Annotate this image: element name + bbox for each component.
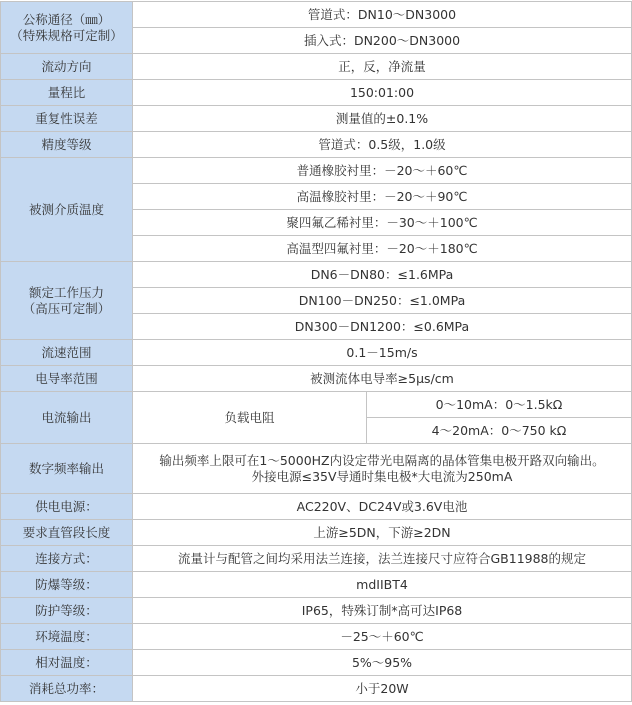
table-row: 相对温度： 5%～95%	[1, 650, 632, 676]
current-output-value: 0～10mA：0～1.5kΩ	[367, 392, 632, 418]
table-row: 消耗总功率： 小于20W	[1, 676, 632, 702]
medium-temperature-value: 聚四氟乙稀衬里：－30～＋100℃	[133, 210, 632, 236]
table-row: 流动方向 正，反，净流量	[1, 54, 632, 80]
label-line: 额定工作压力	[3, 285, 130, 301]
rated-pressure-value: DN6－DN80：≤1.6MPa	[133, 262, 632, 288]
frequency-output-line: 外接电源≤35V导通时集电极*大电流为250mA	[135, 469, 629, 485]
table-row: 连接方式： 流量计与配管之间均采用法兰连接，法兰连接尺寸应符合GB11988的规…	[1, 546, 632, 572]
table-row: 供电电源： AC220V、DC24V或3.6V电池	[1, 494, 632, 520]
frequency-output-line: 输出频率上限可在1～5000HZ内设定带光电隔离的晶体管集电极开路双向输出。	[135, 453, 629, 469]
rated-pressure-label: 额定工作压力 （高压可定制）	[1, 262, 133, 340]
connection-label: 连接方式：	[1, 546, 133, 572]
medium-temperature-value: 普通橡胶衬里：－20～＋60℃	[133, 158, 632, 184]
medium-temperature-value: 高温型四氟衬里：－20～＋180℃	[133, 236, 632, 262]
table-row: 流速范围 0.1－15m/s	[1, 340, 632, 366]
frequency-output-value: 输出频率上限可在1～5000HZ内设定带光电隔离的晶体管集电极开路双向输出。 外…	[133, 444, 632, 494]
ambient-temperature-label: 环境温度：	[1, 624, 133, 650]
table-row: 电导率范围 被测流体电导率≥5μs/cm	[1, 366, 632, 392]
power-consumption-value: 小于20W	[133, 676, 632, 702]
relative-humidity-value: 5%～95%	[133, 650, 632, 676]
frequency-output-label: 数字频率输出	[1, 444, 133, 494]
rated-pressure-value: DN300－DN1200：≤0.6MPa	[133, 314, 632, 340]
protection-label: 防护等级：	[1, 598, 133, 624]
straight-pipe-value: 上游≥5DN，下游≥2DN	[133, 520, 632, 546]
table-row: 要求直管段长度 上游≥5DN，下游≥2DN	[1, 520, 632, 546]
nominal-diameter-value: 管道式：DN10～DN3000	[133, 2, 632, 28]
nominal-diameter-value: 插入式：DN200～DN3000	[133, 28, 632, 54]
table-row: 精度等级 管道式：0.5级，1.0级	[1, 132, 632, 158]
label-line: （特殊规格可定制）	[3, 28, 130, 44]
power-consumption-label: 消耗总功率：	[1, 676, 133, 702]
straight-pipe-label: 要求直管段长度	[1, 520, 133, 546]
table-row: 防爆等级： mdIIBT4	[1, 572, 632, 598]
velocity-range-label: 流速范围	[1, 340, 133, 366]
repeatability-value: 测量值的±0.1%	[133, 106, 632, 132]
repeatability-label: 重复性误差	[1, 106, 133, 132]
spec-table: 公称通径（㎜） （特殊规格可定制） 管道式：DN10～DN3000 插入式：DN…	[0, 1, 632, 702]
label-line: （高压可定制）	[3, 301, 130, 317]
flow-direction-label: 流动方向	[1, 54, 133, 80]
table-row: 防护等级： IP65，特殊订制*高可达IP68	[1, 598, 632, 624]
ambient-temperature-value: －25～＋60℃	[133, 624, 632, 650]
table-row: 额定工作压力 （高压可定制） DN6－DN80：≤1.6MPa	[1, 262, 632, 288]
medium-temperature-label: 被测介质温度	[1, 158, 133, 262]
rated-pressure-value: DN100－DN250：≤1.0MPa	[133, 288, 632, 314]
medium-temperature-value: 高温橡胶衬里：－20～＋90℃	[133, 184, 632, 210]
table-row: 量程比 150:01:00	[1, 80, 632, 106]
power-supply-value: AC220V、DC24V或3.6V电池	[133, 494, 632, 520]
label-line: 公称通径（㎜）	[3, 12, 130, 28]
power-supply-label: 供电电源：	[1, 494, 133, 520]
flow-direction-value: 正，反，净流量	[133, 54, 632, 80]
table-row: 重复性误差 测量值的±0.1%	[1, 106, 632, 132]
table-row: 被测介质温度 普通橡胶衬里：－20～＋60℃	[1, 158, 632, 184]
protection-value: IP65，特殊订制*高可达IP68	[133, 598, 632, 624]
explosion-proof-value: mdIIBT4	[133, 572, 632, 598]
relative-humidity-label: 相对温度：	[1, 650, 133, 676]
nominal-diameter-label: 公称通径（㎜） （特殊规格可定制）	[1, 2, 133, 54]
table-row: 数字频率输出 输出频率上限可在1～5000HZ内设定带光电隔离的晶体管集电极开路…	[1, 444, 632, 494]
conductivity-value: 被测流体电导率≥5μs/cm	[133, 366, 632, 392]
table-row: 环境温度： －25～＋60℃	[1, 624, 632, 650]
load-resistance-label: 负载电阻	[133, 392, 367, 444]
range-ratio-label: 量程比	[1, 80, 133, 106]
accuracy-label: 精度等级	[1, 132, 133, 158]
table-row: 电流输出 负载电阻 0～10mA：0～1.5kΩ	[1, 392, 632, 418]
range-ratio-value: 150:01:00	[133, 80, 632, 106]
table-row: 公称通径（㎜） （特殊规格可定制） 管道式：DN10～DN3000	[1, 2, 632, 28]
explosion-proof-label: 防爆等级：	[1, 572, 133, 598]
velocity-range-value: 0.1－15m/s	[133, 340, 632, 366]
conductivity-label: 电导率范围	[1, 366, 133, 392]
current-output-value: 4～20mA：0～750 kΩ	[367, 418, 632, 444]
accuracy-value: 管道式：0.5级，1.0级	[133, 132, 632, 158]
connection-value: 流量计与配管之间均采用法兰连接，法兰连接尺寸应符合GB11988的规定	[133, 546, 632, 572]
current-output-label: 电流输出	[1, 392, 133, 444]
